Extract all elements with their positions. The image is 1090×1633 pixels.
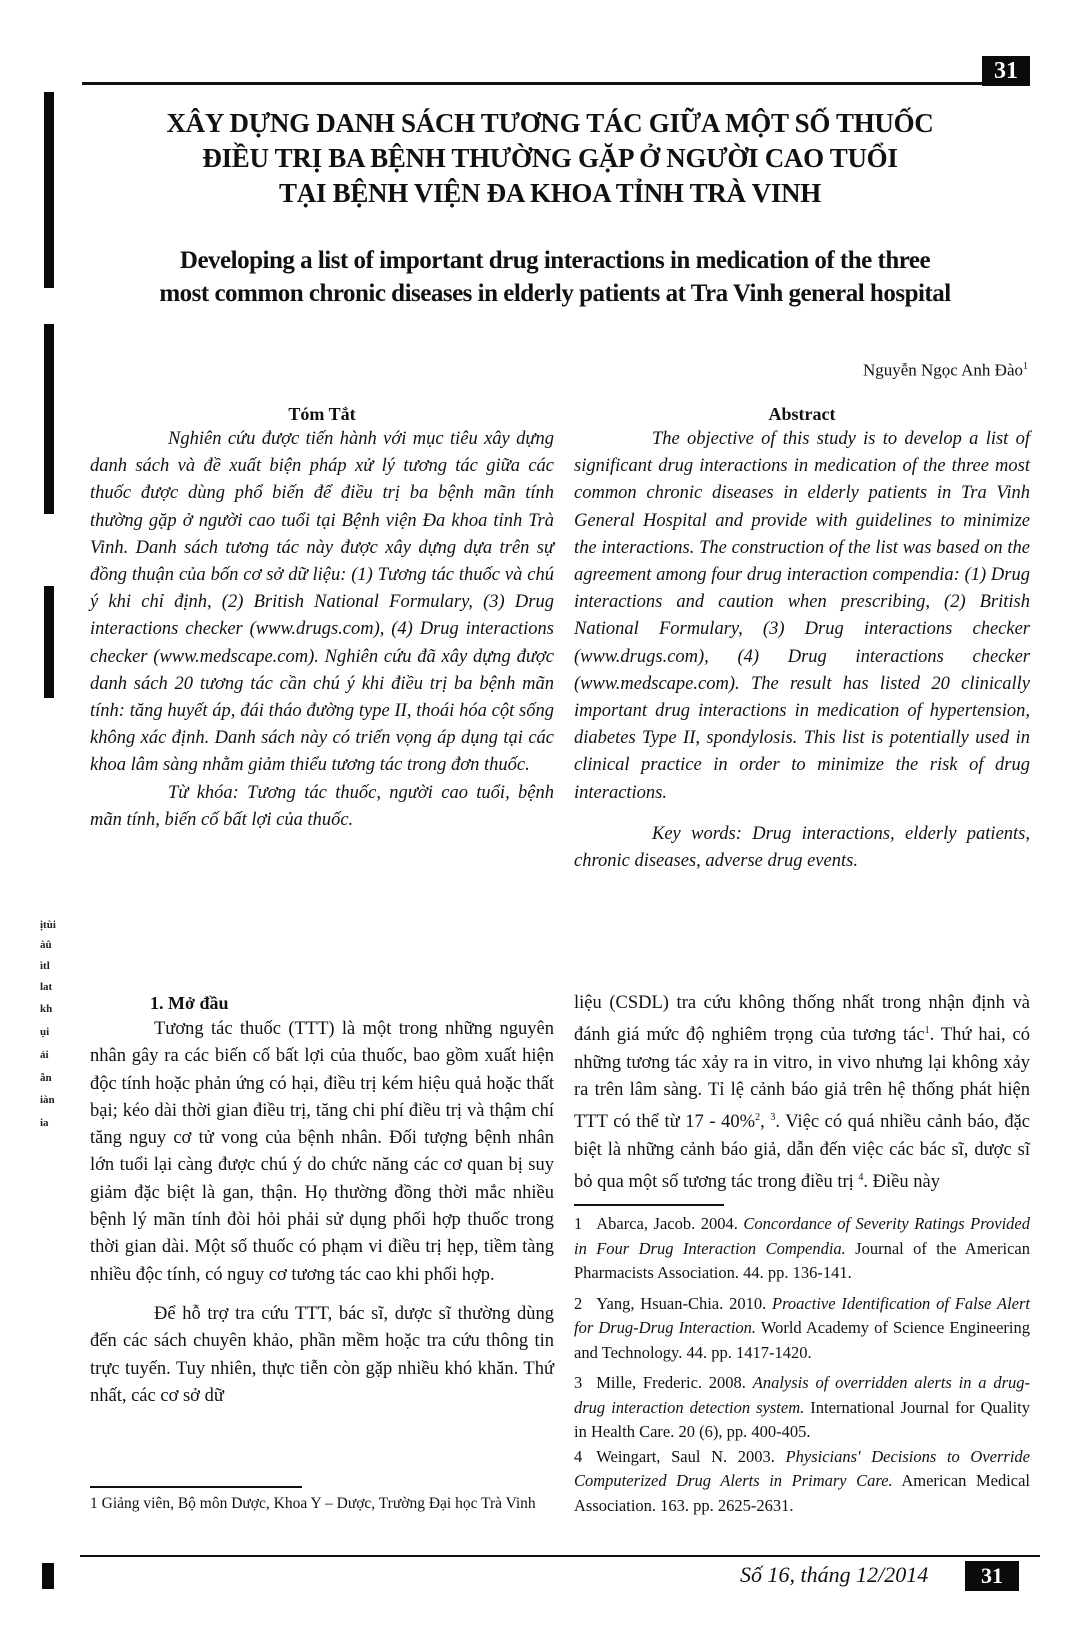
margin-fragment: ia <box>40 1118 58 1129</box>
title-vi-line: TẠI BỆNH VIỆN ĐA KHOA TỈNH TRÀ VINH <box>90 176 1010 211</box>
footer-rule <box>80 1555 1040 1557</box>
page-number-badge-bottom: 31 <box>965 1561 1019 1591</box>
text-run: . Điều này <box>863 1172 940 1192</box>
author-line: Nguyễn Ngọc Anh Đào1 <box>863 356 1028 382</box>
author-name: Nguyễn Ngọc Anh Đào <box>863 361 1023 380</box>
reference-author: Abarca, Jacob. 2004. <box>596 1214 743 1233</box>
margin-fragment: ìtl <box>40 961 58 972</box>
footnote-text: Giảng viên, Bộ môn Dược, Khoa Y – Dược, … <box>102 1495 536 1512</box>
references-rule <box>574 1204 724 1206</box>
scan-binding-edge-lower <box>44 586 54 698</box>
section-introduction: 1. Mở đầu Tương tác thuốc (TTT) là một t… <box>90 990 554 1410</box>
margin-fragment: kh <box>40 1004 58 1015</box>
summary-vi-heading: Tóm Tắt <box>90 402 554 426</box>
margin-fragment: ịtùi <box>40 920 58 931</box>
margin-fragment: lat <box>40 982 58 993</box>
reference-author: Yang, Hsuan-Chia. 2010. <box>596 1294 772 1313</box>
margin-fragment: ẵn <box>40 1073 58 1084</box>
reference-number: 4 <box>574 1447 582 1466</box>
scan-binding-edge-top <box>44 92 54 288</box>
title-vi-line: XÂY DỰNG DANH SÁCH TƯƠNG TÁC GIỮA MỘT SỐ… <box>90 106 1010 141</box>
author-footnote: 1 Giảng viên, Bộ môn Dược, Khoa Y – Dược… <box>90 1493 554 1515</box>
reference-number: 3 <box>574 1373 582 1392</box>
intro-continuation: liệu (CSDL) tra cứu không thống nhất tro… <box>574 990 1030 1197</box>
text-run: , <box>760 1113 770 1133</box>
section-introduction-continued: liệu (CSDL) tra cứu không thống nhất tro… <box>574 990 1030 1197</box>
title-english: Developing a list of important drug inte… <box>90 244 1020 310</box>
reference-number: 2 <box>574 1294 582 1313</box>
title-vi-line: ĐIỀU TRỊ BA BỆNH THƯỜNG GẶP Ở NGƯỜI CAO … <box>90 141 1010 176</box>
abstract-text: The objective of this study is to develo… <box>574 426 1030 807</box>
header-rule <box>82 82 1002 85</box>
footnote-rule <box>90 1486 302 1488</box>
reference-item: 1Abarca, Jacob. 2004. Concordance of Sev… <box>574 1212 1030 1286</box>
page-number-badge-top: 31 <box>982 56 1030 86</box>
title-vietnamese: XÂY DỰNG DANH SÁCH TƯƠNG TÁC GIỮA MỘT SỐ… <box>90 106 1010 211</box>
section-heading: 1. Mở đầu <box>90 990 554 1016</box>
reference-item: 3Mille, Frederic. 2008. Analysis of over… <box>574 1371 1030 1445</box>
abstract-keywords: Key words: Drug interactions, elderly pa… <box>574 821 1030 875</box>
margin-fragment: ụi <box>40 1027 58 1038</box>
intro-paragraph-2: Để hỗ trợ tra cứu TTT, bác sĩ, dược sĩ t… <box>90 1301 554 1410</box>
reference-item: 2Yang, Hsuan-Chia. 2010. Proactive Ident… <box>574 1292 1030 1366</box>
margin-fragment: ải <box>40 1050 58 1061</box>
margin-fragment: iàn <box>40 1095 58 1106</box>
reference-author: Weingart, Saul N. 2003. <box>596 1447 785 1466</box>
abstract-heading: Abstract <box>574 402 1030 426</box>
summary-vi-text: Nghiên cứu được tiến hành với mục tiêu x… <box>90 426 554 780</box>
reference-item: 4Weingart, Saul N. 2003. Physicians' Dec… <box>574 1445 1030 1519</box>
reference-author: Mille, Frederic. 2008. <box>596 1373 752 1392</box>
title-en-line: Developing a list of important drug inte… <box>90 244 1020 277</box>
margin-fragment: àû <box>40 940 58 951</box>
reference-list: 1Abarca, Jacob. 2004. Concordance of Sev… <box>574 1212 1030 1524</box>
summary-vietnamese: Tóm Tắt Nghiên cứu được tiến hành với mụ… <box>90 402 554 834</box>
author-affiliation-mark: 1 <box>1023 361 1028 372</box>
footnote-mark: 1 <box>90 1495 98 1512</box>
scan-binding-edge-middle <box>44 324 54 514</box>
scan-binding-edge-bottom-mark <box>42 1563 54 1589</box>
footer-issue-label: Số 16, tháng 12/2014 <box>740 1560 928 1590</box>
reference-number: 1 <box>574 1214 582 1233</box>
abstract-english: Abstract The objective of this study is … <box>574 402 1030 875</box>
title-en-line: most common chronic diseases in elderly … <box>90 277 1020 310</box>
intro-paragraph-1: Tương tác thuốc (TTT) là một trong những… <box>90 1016 554 1289</box>
summary-vi-keywords: Từ khóa: Tương tác thuốc, người cao tuổi… <box>90 780 554 834</box>
